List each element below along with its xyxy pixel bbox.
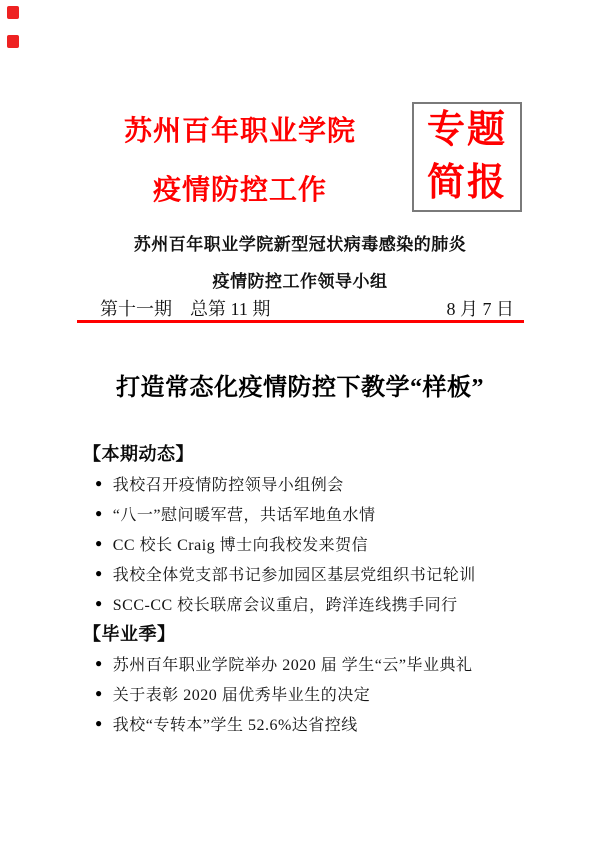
issue-date: 8 月 7 日: [447, 296, 515, 322]
list-item: ● “八一”慰问暖军营，共话军地鱼水情: [83, 498, 545, 528]
bullet-icon: ●: [95, 597, 103, 609]
section-title-graduation-season: 【毕业季】: [83, 618, 545, 648]
special-briefing-badge: 专题 简报: [412, 102, 522, 212]
bullet-icon: ●: [95, 717, 103, 729]
list-item-text: 苏州百年职业学院举办 2020 届 学生“云”毕业典礼: [113, 652, 473, 675]
bullet-icon: ●: [95, 477, 103, 489]
list-item-text: CC 校长 Craig 博士向我校发来贺信: [113, 532, 368, 555]
contents-list: 【本期动态】 ● 我校召开疫情防控领导小组例会 ● “八一”慰问暖军营，共话军地…: [83, 438, 545, 738]
list-item: ● 关于表彰 2020 届优秀毕业生的决定: [83, 678, 545, 708]
list-item: ● CC 校长 Craig 博士向我校发来贺信: [83, 528, 545, 558]
organization-subtitle: 苏州百年职业学院新型冠状病毒感染的肺炎 疫情防控工作领导小组: [0, 226, 600, 300]
masthead-title-line1: 苏州百年职业学院: [78, 102, 402, 161]
list-item-text: 我校“专转本”学生 52.6%达省控线: [113, 712, 358, 735]
red-corner-mark: [7, 35, 19, 48]
bullet-icon: ●: [95, 507, 103, 519]
masthead-title: 苏州百年职业学院 疫情防控工作: [78, 102, 412, 220]
bullet-icon: ●: [95, 537, 103, 549]
main-headline: 打造常态化疫情防控下教学“样板”: [0, 372, 600, 404]
list-item: ● 我校召开疫情防控领导小组例会: [83, 468, 545, 498]
masthead: 苏州百年职业学院 疫情防控工作 专题 简报: [78, 102, 522, 214]
bullet-icon: ●: [95, 567, 103, 579]
masthead-divider-rule: [77, 320, 524, 323]
list-item-text: 我校召开疫情防控领导小组例会: [113, 472, 344, 495]
issue-info-row: 第十一期 总第 11 期 8 月 7 日: [78, 296, 522, 322]
bullet-icon: ●: [95, 687, 103, 699]
bullet-icon: ●: [95, 657, 103, 669]
badge-line2: 简报: [427, 157, 507, 210]
list-item-text: 我校全体党支部书记参加园区基层党组织书记轮训: [113, 562, 476, 585]
list-item-text: 关于表彰 2020 届优秀毕业生的决定: [113, 682, 371, 705]
masthead-title-line2: 疫情防控工作: [78, 161, 402, 220]
red-corner-mark: [7, 6, 19, 19]
list-item-text: “八一”慰问暖军营，共话军地鱼水情: [113, 502, 376, 525]
organization-line1: 苏州百年职业学院新型冠状病毒感染的肺炎: [0, 226, 600, 263]
badge-line1: 专题: [427, 104, 507, 157]
section-title-current-news: 【本期动态】: [83, 438, 545, 468]
list-item-text: SCC-CC 校长联席会议重启，跨洋连线携手同行: [113, 592, 458, 615]
list-item: ● SCC-CC 校长联席会议重启，跨洋连线携手同行: [83, 588, 545, 618]
list-item: ● 我校全体党支部书记参加园区基层党组织书记轮训: [83, 558, 545, 588]
list-item: ● 我校“专转本”学生 52.6%达省控线: [83, 708, 545, 738]
issue-number: 第十一期 总第 11 期: [100, 296, 270, 322]
organization-line2: 疫情防控工作领导小组: [0, 263, 600, 300]
list-item: ● 苏州百年职业学院举办 2020 届 学生“云”毕业典礼: [83, 648, 545, 678]
briefing-document-page: 苏州百年职业学院 疫情防控工作 专题 简报 苏州百年职业学院新型冠状病毒感染的肺…: [0, 0, 600, 848]
